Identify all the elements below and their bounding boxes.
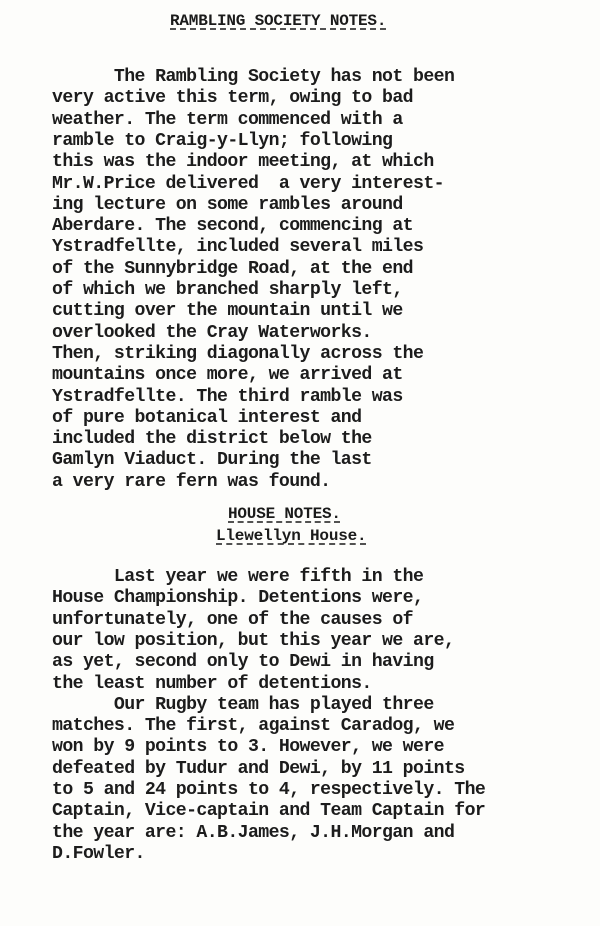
- text-line: this was the indoor meeting, at which: [52, 153, 434, 171]
- text-line: weather. The term commenced with a: [52, 111, 403, 129]
- text-line: very active this term, owing to bad: [52, 89, 413, 107]
- text-line: as yet, second only to Dewi in having: [52, 653, 434, 671]
- section-title-rambling: RAMBLING SOCIETY NOTES.: [170, 12, 386, 30]
- text-line: Gamlyn Viaduct. During the last: [52, 451, 372, 469]
- text-line: D.Fowler.: [52, 845, 145, 863]
- text-line: Aberdare. The second, commencing at: [52, 217, 413, 235]
- text-line: Last year we were fifth in the: [52, 568, 423, 586]
- section-subtitle-llewellyn-house: Llewellyn House.: [216, 527, 366, 545]
- text-line: ing lecture on some rambles around: [52, 196, 403, 214]
- document-page: RAMBLING SOCIETY NOTES. The Rambling Soc…: [0, 0, 600, 926]
- text-line: unfortunately, one of the causes of: [52, 611, 413, 629]
- text-line: won by 9 points to 3. However, we were: [52, 738, 444, 756]
- text-line: Mr.W.Price delivered a very interest-: [52, 175, 444, 193]
- text-line: of the Sunnybridge Road, at the end: [52, 260, 413, 278]
- text-line: included the district below the: [52, 430, 372, 448]
- text-line: overlooked the Cray Waterworks.: [52, 324, 372, 342]
- text-line: The Rambling Society has not been: [52, 68, 454, 86]
- text-line: to 5 and 24 points to 4, respectively. T…: [52, 781, 485, 799]
- text-line: Ystradfellte. The third ramble was: [52, 388, 403, 406]
- text-line: ramble to Craig-y-Llyn; following: [52, 132, 392, 150]
- section-title-house-notes: HOUSE NOTES.: [228, 505, 341, 523]
- text-line: House Championship. Detentions were,: [52, 589, 423, 607]
- text-line: matches. The first, against Caradog, we: [52, 717, 454, 735]
- text-line: defeated by Tudur and Dewi, by 11 points: [52, 760, 465, 778]
- text-line: our low position, but this year we are,: [52, 632, 454, 650]
- text-line: the year are: A.B.James, J.H.Morgan and: [52, 824, 454, 842]
- text-line: a very rare fern was found.: [52, 473, 331, 491]
- text-line: of which we branched sharply left,: [52, 281, 403, 299]
- text-line: the least number of detentions.: [52, 675, 372, 693]
- text-line: Captain, Vice-captain and Team Captain f…: [52, 802, 485, 820]
- text-line: mountains once more, we arrived at: [52, 366, 403, 384]
- text-line: Ystradfellte, included several miles: [52, 238, 423, 256]
- text-line: Then, striking diagonally across the: [52, 345, 423, 363]
- text-line: of pure botanical interest and: [52, 409, 361, 427]
- text-line: Our Rugby team has played three: [52, 696, 434, 714]
- text-line: cutting over the mountain until we: [52, 302, 403, 320]
